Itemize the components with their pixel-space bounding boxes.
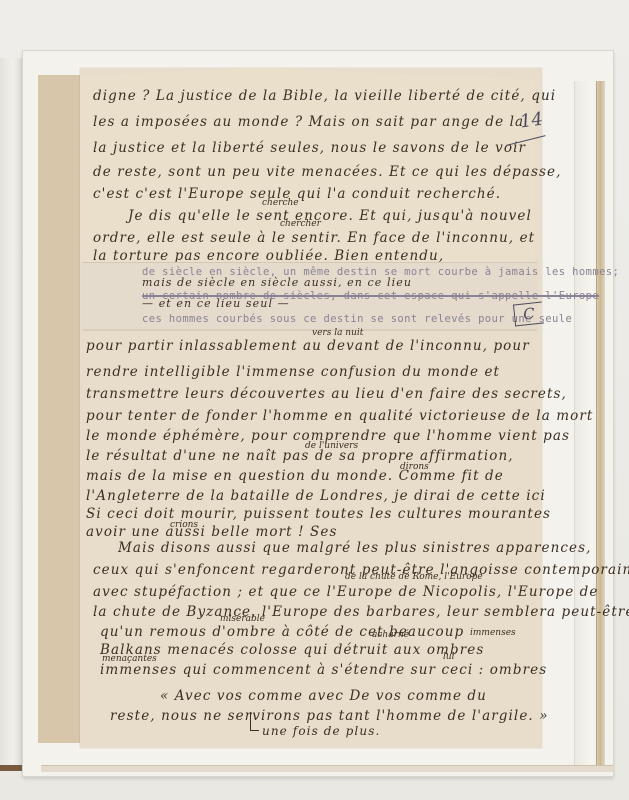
manuscript-line: Mais disons aussi que malgré les plus si… <box>118 540 592 556</box>
interlinear-insertion: chercher <box>280 219 321 229</box>
handwritten-insertion: mais de siècle en siècle aussi, en ce li… <box>142 276 412 289</box>
manuscript-line: le résultat d'une ne naît pas de sa prop… <box>86 448 514 464</box>
album-gilt-edge <box>596 81 605 771</box>
manuscript-line: Je dis qu'elle le sent encore. Et qui, j… <box>128 208 532 224</box>
manuscript-line: rendre intelligible l'immense confusion … <box>86 364 500 380</box>
handwritten-insertion: — et en ce lieu seul — <box>142 297 290 310</box>
album-bottom-edge <box>41 765 613 772</box>
manuscript-line: ordre, elle est seule à le sentir. En fa… <box>93 230 535 246</box>
left-facing-page <box>0 58 23 770</box>
manuscript-line: avec stupéfaction ; et que ce l'Europe d… <box>93 584 599 600</box>
interlinear-insertion: cherche <box>262 198 299 208</box>
manuscript-line: pour tenter de fonder l'homme en qualité… <box>86 408 593 424</box>
interlinear-insertion: dirons <box>400 462 429 472</box>
manuscript-line: une fois de plus. <box>262 724 380 738</box>
interlinear-insertion: de l'univers <box>305 441 358 451</box>
interlinear-insertion: vers la nuit <box>312 328 363 338</box>
manuscript-line: qu'un remous d'ombre à côté de cet beauc… <box>100 624 464 640</box>
manuscript-line: Si ceci doit mourir, puissent toutes les… <box>86 506 551 522</box>
interlinear-insertion: de la chute de Rome, l'Europe <box>345 572 483 582</box>
interlinear-insertion: lui <box>443 652 455 662</box>
manuscript-line: « Avec vos comme avec De vos comme du <box>160 688 487 704</box>
typed-line: ces hommes courbés sous ce destin se son… <box>142 313 572 325</box>
manuscript-line: pour partir inlassablement au devant de … <box>86 338 530 354</box>
insertion-bracket <box>250 712 259 731</box>
manuscript-line: l'Angleterre de la bataille de Londres, … <box>86 488 546 504</box>
manuscript-line: mais de la mise en question du monde. Co… <box>86 468 504 484</box>
manuscript-line: digne ? La justice de la Bible, la vieil… <box>93 88 556 104</box>
manuscript-line: les a imposées au monde ? Mais on sait p… <box>93 114 524 130</box>
manuscript-line: Balkans menacés colosse qui détruit aux … <box>100 642 484 658</box>
album-inner-edge <box>574 81 593 771</box>
manuscript-line: immenses qui commencent à s'étendre sur … <box>100 662 547 678</box>
manuscript-line: reste, nous ne servirons pas tant l'homm… <box>110 708 549 724</box>
manuscript-line: avoir une aussi belle mort ! Ses <box>86 524 337 540</box>
manuscript-line: transmettre leurs découvertes au lieu d'… <box>86 386 567 402</box>
manuscript-line: la justice et la liberté seules, nous le… <box>93 140 526 156</box>
margin-mark-c: C <box>513 302 544 327</box>
interlinear-insertion: immenses <box>470 628 516 638</box>
interlinear-insertion: crions <box>170 520 198 530</box>
interlinear-insertion: acharné <box>372 630 409 640</box>
manuscript-line: de reste, sont un peu vite menacées. Et … <box>93 164 562 180</box>
manuscript-line: la chute de Byzance, l'Europe des barbar… <box>93 604 629 620</box>
interlinear-insertion: misérable <box>220 614 265 624</box>
typescript-strip: de siècle en siècle, un même destin se m… <box>82 262 537 330</box>
